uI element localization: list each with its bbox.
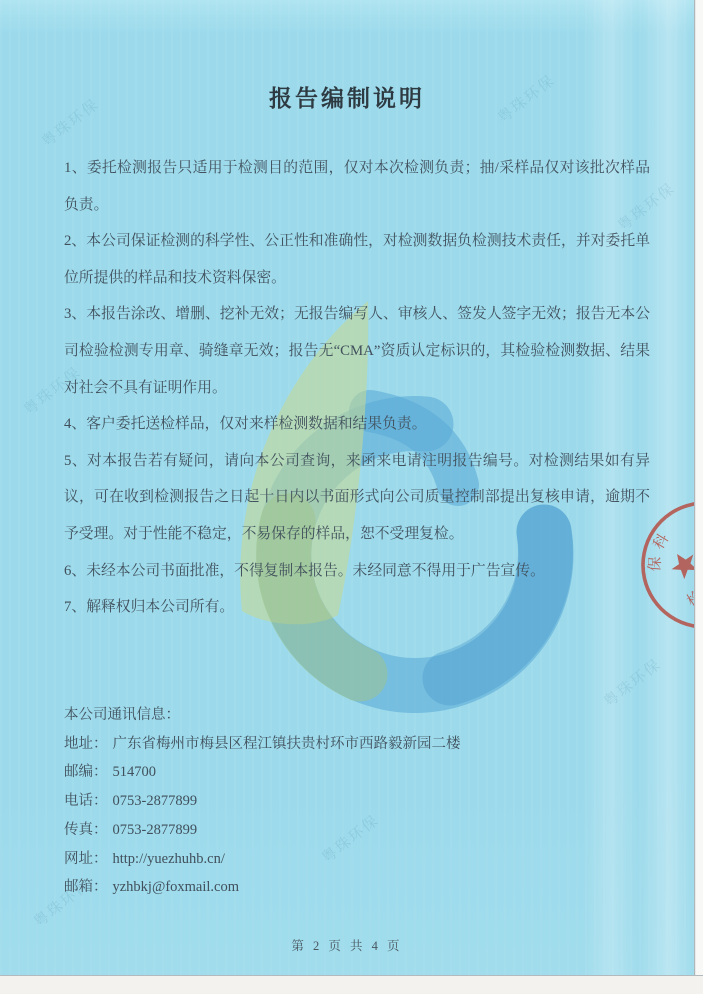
report-note: 6、未经本公司书面批准，不得复制本报告。未经同意不得用于广告宣传。: [64, 553, 650, 590]
paper: 粤珠环保 粤珠环保 粤珠环保 粤珠环保 粤珠环保 粤珠环保 粤珠环保 报告编制说…: [0, 0, 694, 975]
contact-label: 网址：: [64, 851, 108, 867]
contact-label: 传真：: [64, 822, 108, 838]
contact-label: 邮编：: [64, 764, 108, 780]
contact-value: 514700: [113, 764, 157, 780]
report-note: 1、委托检测报告只适用于检测目的范围，仅对本次检测负责；抽/采样品仅对该批次样品…: [64, 150, 650, 223]
scanner-edge-right: [694, 0, 703, 975]
contact-info: 本公司通讯信息： 地址：广东省梅州市梅县区程江镇扶贵村环市西路毅新园二楼 邮编：…: [64, 701, 624, 902]
report-note: 2、本公司保证检测的科学性、公正性和准确性，对检测数据负检测技术责任，并对委托单…: [64, 223, 650, 296]
report-note: 7、解释权归本公司所有。: [64, 589, 650, 626]
report-notes: 1、委托检测报告只适用于检测目的范围，仅对本次检测负责；抽/采样品仅对该批次样品…: [64, 150, 650, 626]
contact-line: 电话：0753-2877899: [64, 787, 624, 816]
scanned-report-page: 粤珠环保 粤珠环保 粤珠环保 粤珠环保 粤珠环保 粤珠环保 粤珠环保 报告编制说…: [0, 0, 703, 994]
contact-line: 邮箱：yzhbkj@foxmail.com: [64, 873, 624, 902]
contact-line: 传真：0753-2877899: [64, 816, 624, 845]
contact-heading: 本公司通讯信息：: [64, 701, 624, 730]
contact-value: 0753-2877899: [113, 793, 198, 809]
contact-line: 地址：广东省梅州市梅县区程江镇扶贵村环市西路毅新园二楼: [64, 730, 624, 759]
contact-label: 邮箱：: [64, 879, 108, 895]
contact-line: 网址：http://yuezhuhb.cn/: [64, 845, 624, 874]
report-note: 4、客户委托送检样品，仅对来样检测数据和结果负责。: [64, 406, 650, 443]
report-note: 3、本报告涂改、增删、挖补无效；无报告编写人、审核人、签发人签字无效；报告无本公…: [64, 296, 650, 406]
contact-value: http://yuezhuhb.cn/: [113, 851, 225, 867]
contact-label: 地址：: [64, 736, 108, 752]
report-note: 5、对本报告若有疑问，请向本公司查询，来函来电请注明报告编号。对检测结果如有异议…: [64, 443, 650, 553]
stamp-text-row: 检测: [683, 575, 694, 610]
contact-value: 0753-2877899: [113, 822, 198, 838]
contact-value: 广东省梅州市梅县区程江镇扶贵村环市西路毅新园二楼: [113, 736, 461, 752]
page-title: 报告编制说明: [0, 80, 694, 113]
contact-line: 邮编：514700: [64, 758, 624, 787]
inspection-stamp: 保科 检测 专用: [636, 488, 694, 648]
contact-label: 电话：: [64, 793, 108, 809]
page-number-footer: 第 2 页 共 4 页: [0, 936, 694, 954]
stamp-star-icon: [666, 547, 694, 582]
scanner-edge-bottom: [0, 975, 703, 994]
contact-value: yzhbkj@foxmail.com: [113, 879, 240, 895]
